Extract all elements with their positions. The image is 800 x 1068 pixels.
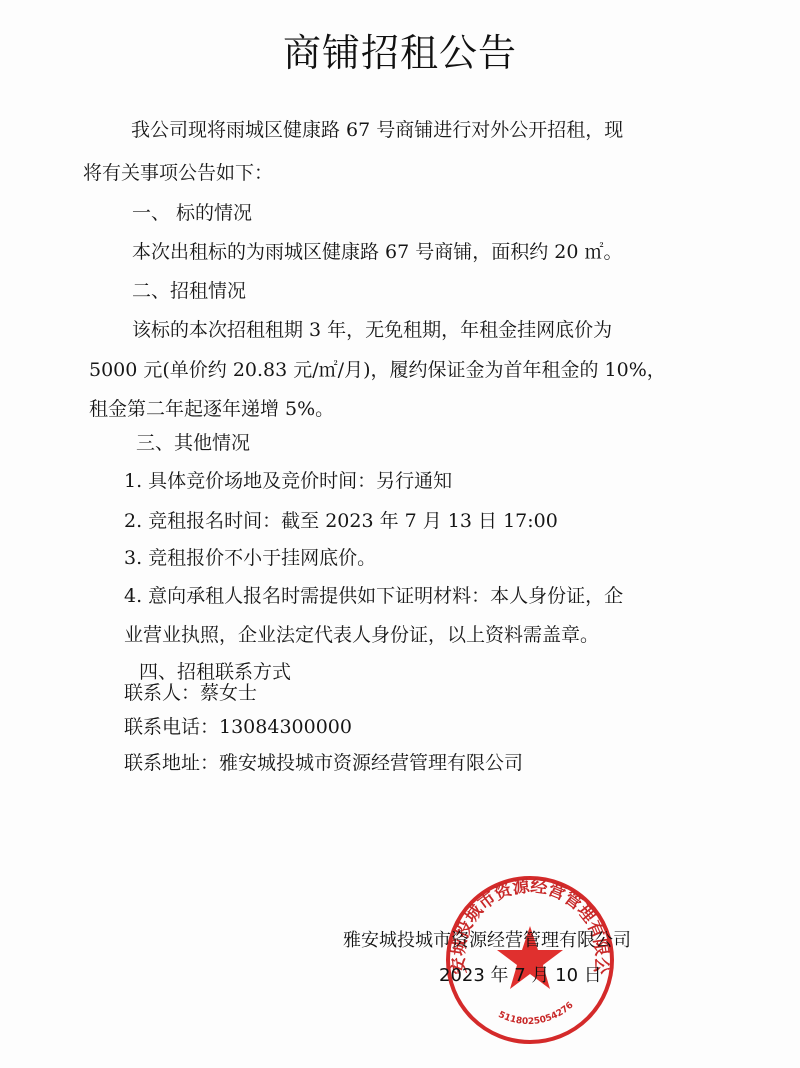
section-3-item-3: 3. 竞租报价不小于挂网底价。 xyxy=(124,546,376,570)
section-3-item-4-line-2: 业营业执照，企业法定代表人身份证，以上资料需盖章。 xyxy=(124,623,599,647)
signature-company: 雅安城投城市资源经营管理有限公司 xyxy=(343,930,631,952)
section-3-item-2: 2. 竞租报名时间：截至 2023 年 7 月 13 日 17:00 xyxy=(124,509,558,533)
section-2-body-line-3: 租金第二年起逐年递增 5%。 xyxy=(89,397,334,421)
intro-line-1: 我公司现将雨城区健康路 67 号商铺进行对外公开招租，现 xyxy=(131,118,623,142)
contact-person: 联系人：蔡女士 xyxy=(124,681,257,705)
section-1-body: 本次出租标的为雨城区健康路 67 号商铺，面积约 20 ㎡。 xyxy=(132,240,623,264)
section-3-item-1: 1. 具体竞价场地及竞价时间：另行通知 xyxy=(124,469,452,493)
contact-phone: 联系电话：13084300000 xyxy=(124,715,352,739)
svg-text:5118025054276: 5118025054276 xyxy=(496,1000,575,1027)
signature-date: 2023 年 7 月 10 日 xyxy=(439,965,602,987)
section-1-heading: 一、 标的情况 xyxy=(132,201,252,225)
section-3-item-4-line-1: 4. 意向承租人报名时需提供如下证明材料：本人身份证，企 xyxy=(124,584,623,608)
document-page: 商铺招租公告 我公司现将雨城区健康路 67 号商铺进行对外公开招租，现 将有关事… xyxy=(0,0,800,1068)
section-2-body-line-1: 该标的本次招租租期 3 年，无免租期，年租金挂网底价为 xyxy=(132,318,612,342)
document-title: 商铺招租公告 xyxy=(0,22,800,77)
section-2-body-line-2: 5000 元(单价约 20.83 元/㎡/月)，履约保证金为首年租金的 10%， xyxy=(89,358,666,382)
section-3-heading: 三、其他情况 xyxy=(136,431,250,455)
intro-line-2: 将有关事项公告如下： xyxy=(83,161,273,185)
company-seal-stamp: 雅安城投城市资源经营管理有限公司 5118025054276 xyxy=(444,874,616,1046)
contact-address: 联系地址：雅安城投城市资源经营管理有限公司 xyxy=(124,751,523,775)
section-2-heading: 二、招租情况 xyxy=(132,279,246,303)
